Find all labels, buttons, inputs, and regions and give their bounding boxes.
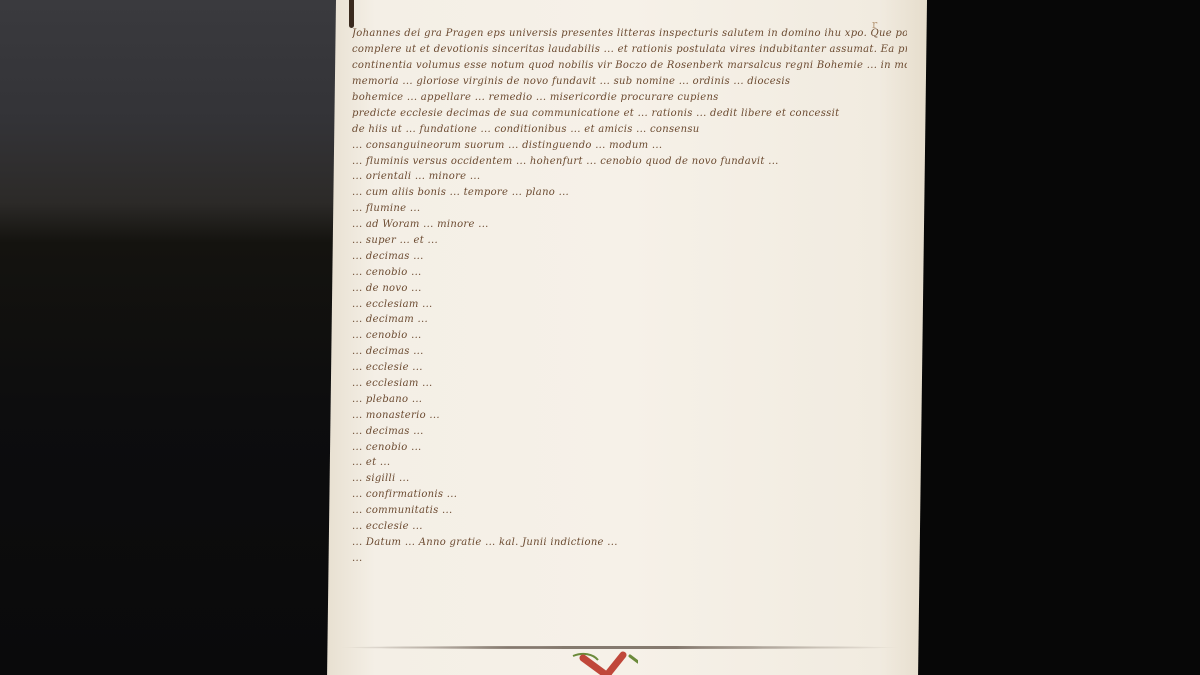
charter-line: ... ecclesie ... [352, 360, 907, 376]
charter-line: ... decimas ... [352, 248, 907, 264]
charter-line: ... cenobio ... [352, 439, 907, 455]
charter-line: ... cum aliis bonis ... tempore ... plan… [352, 185, 907, 201]
charter-line: ... decimas ... [352, 344, 907, 360]
charter-line: ... decimam ... [352, 312, 907, 328]
charter-text: Johannes dei gra Pragen eps universis pr… [352, 26, 907, 566]
charter-line: ... et ... [352, 455, 907, 471]
dark-background-right [910, 0, 1200, 675]
charter-line: ... cenobio ... [352, 328, 907, 344]
charter-line: Johannes dei gra Pragen eps universis pr… [352, 26, 907, 42]
charter-line: ... cenobio ... [352, 264, 907, 280]
charter-line: ... decimas ... [352, 423, 907, 439]
charter-line: ... communitatis ... [352, 503, 907, 519]
charter-line: ... monasterio ... [352, 407, 907, 423]
charter-line: ... super ... et ... [352, 233, 907, 249]
charter-line: ... confirmationis ... [352, 487, 907, 503]
initial-letter-stroke [349, 0, 354, 28]
charter-line: ... sigilli ... [352, 471, 907, 487]
parchment-fold [340, 646, 900, 649]
seal-cord-icon [568, 650, 638, 675]
charter-line: ... ecclesie ... [352, 519, 907, 535]
charter-line: complere ut et devotionis sinceritas lau… [352, 42, 907, 58]
charter-line: ... ecclesiam ... [352, 376, 907, 392]
charter-line: ... de novo ... [352, 280, 907, 296]
charter-line: ... ad Woram ... minore ... [352, 217, 907, 233]
charter-line: ... [352, 550, 907, 566]
charter-line: de hiis ut ... fundatione ... conditioni… [352, 121, 907, 137]
charter-line: ... Datum ... Anno gratie ... kal. Junii… [352, 535, 907, 551]
charter-line: ... flumine ... [352, 201, 907, 217]
charter-line: ... ecclesiam ... [352, 296, 907, 312]
charter-line: predicte ecclesie decimas de sua communi… [352, 105, 907, 121]
charter-line: ... fluminis versus occidentem ... hohen… [352, 153, 907, 169]
charter-line: ... orientali ... minore ... [352, 169, 907, 185]
charter-line: bohemice ... appellare ... remedio ... m… [352, 90, 907, 106]
charter-line: continentia volumus esse notum quod nobi… [352, 58, 907, 74]
charter-line: ... plebano ... [352, 391, 907, 407]
charter-line: ... consanguineorum suorum ... distingue… [352, 137, 907, 153]
charter-line: memoria ... gloriose virginis de novo fu… [352, 74, 907, 90]
